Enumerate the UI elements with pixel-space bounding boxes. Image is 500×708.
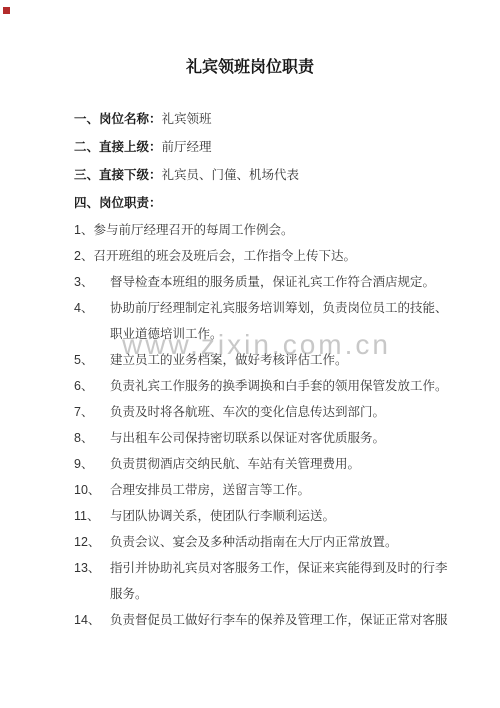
- duty-number: 3、: [74, 269, 93, 295]
- document-page: www.zixin.com.cn 礼宾领班岗位职责 一、岗位名称：礼宾领班 二、…: [0, 0, 500, 708]
- duty-text: 合理安排员工带房，送留言等工作。: [110, 483, 310, 497]
- section-duties-heading: 四、岗位职责：: [74, 189, 500, 217]
- section-direct-superior: 二、直接上级：前厅经理: [74, 133, 500, 161]
- duty-number: 1、: [74, 223, 93, 237]
- duty-text: 与出租车公司保持密切联系以保证对客优质服务。: [110, 431, 385, 445]
- duty-item-4: 4、协助前厅经理制定礼宾服务培训筹划，负责岗位员工的技能、职业道德培训工作。: [74, 295, 455, 347]
- section-value: 前厅经理: [162, 140, 212, 154]
- duty-item-3: 3、督导检查本班组的服务质量，保证礼宾工作符合酒店规定。: [74, 269, 455, 295]
- duty-number: 7、: [74, 399, 93, 425]
- duty-number: 5、: [74, 347, 93, 373]
- duty-text: 负责及时将各航班、车次的变化信息传达到部门。: [110, 405, 385, 419]
- duty-number: 2、: [74, 249, 93, 263]
- duty-text: 负责贯彻酒店交纳民航、车站有关管理费用。: [110, 457, 360, 471]
- duty-number: 6、: [74, 373, 93, 399]
- duty-text: 参与前厅经理召开的每周工作例会。: [93, 223, 293, 237]
- section-list: 一、岗位名称：礼宾领班 二、直接上级：前厅经理 三、直接下级：礼宾员、门僮、机场…: [74, 105, 500, 217]
- section-label: 三、直接下级：: [74, 168, 162, 182]
- duty-number: 9、: [74, 451, 93, 477]
- duty-text: 召开班组的班会及班后会，工作指令上传下达。: [93, 249, 356, 263]
- duty-text: 指引并协助礼宾员对客服务工作，保证来宾能得到及时的行李服务。: [110, 561, 448, 601]
- duty-item-2: 2、召开班组的班会及班后会，工作指令上传下达。: [74, 243, 419, 269]
- duty-text: 负责礼宾工作服务的换季调换和白手套的领用保管发放工作。: [110, 379, 448, 393]
- section-label: 四、岗位职责：: [74, 196, 162, 210]
- duty-item-9: 9、负责贯彻酒店交纳民航、车站有关管理费用。: [74, 451, 455, 477]
- duty-item-6: 6、负责礼宾工作服务的换季调换和白手套的领用保管发放工作。: [74, 373, 455, 399]
- duty-text: 协助前厅经理制定礼宾服务培训筹划，负责岗位员工的技能、职业道德培训工作。: [110, 301, 448, 341]
- duty-number: 13、: [74, 555, 100, 581]
- duty-item-10: 10、合理安排员工带房，送留言等工作。: [74, 477, 455, 503]
- duty-item-13: 13、指引并协助礼宾员对客服务工作，保证来宾能得到及时的行李服务。: [74, 555, 455, 607]
- duty-number: 10、: [74, 477, 100, 503]
- duty-number: 12、: [74, 529, 100, 555]
- duty-list: 1、参与前厅经理召开的每周工作例会。 2、召开班组的班会及班后会，工作指令上传下…: [74, 217, 500, 633]
- section-direct-subordinates: 三、直接下级：礼宾员、门僮、机场代表: [74, 161, 500, 189]
- duty-number: 8、: [74, 425, 93, 451]
- duty-item-14: 14、负责督促员工做好行李车的保养及管理工作，保证正常对客服: [74, 607, 455, 633]
- section-label: 一、岗位名称：: [74, 112, 162, 126]
- duty-item-1: 1、参与前厅经理召开的每周工作例会。: [74, 217, 419, 243]
- duty-item-5: 5、建立员工的业务档案，做好考核评估工作。: [74, 347, 455, 373]
- duty-text: 负责督促员工做好行李车的保养及管理工作，保证正常对客服: [110, 613, 448, 627]
- document-body: 礼宾领班岗位职责 一、岗位名称：礼宾领班 二、直接上级：前厅经理 三、直接下级：…: [0, 0, 500, 633]
- duty-text: 建立员工的业务档案，做好考核评估工作。: [110, 353, 348, 367]
- section-label: 二、直接上级：: [74, 140, 162, 154]
- duty-item-7: 7、负责及时将各航班、车次的变化信息传达到部门。: [74, 399, 455, 425]
- duty-item-8: 8、与出租车公司保持密切联系以保证对客优质服务。: [74, 425, 455, 451]
- duty-text: 负责会议、宴会及多种活动指南在大厅内正常放置。: [110, 535, 398, 549]
- page-title: 礼宾领班岗位职责: [0, 0, 500, 80]
- duty-item-11: 11、与团队协调关系，使团队行李顺利运送。: [74, 503, 455, 529]
- duty-number: 14、: [74, 607, 100, 633]
- section-position-name: 一、岗位名称：礼宾领班: [74, 105, 500, 133]
- duty-text: 督导检查本班组的服务质量，保证礼宾工作符合酒店规定。: [110, 275, 435, 289]
- duty-item-12: 12、负责会议、宴会及多种活动指南在大厅内正常放置。: [74, 529, 455, 555]
- section-value: 礼宾员、门僮、机场代表: [162, 168, 300, 182]
- duty-number: 4、: [74, 295, 93, 321]
- duty-number: 11、: [74, 503, 99, 529]
- duty-text: 与团队协调关系，使团队行李顺利运送。: [110, 509, 335, 523]
- section-value: 礼宾领班: [162, 112, 212, 126]
